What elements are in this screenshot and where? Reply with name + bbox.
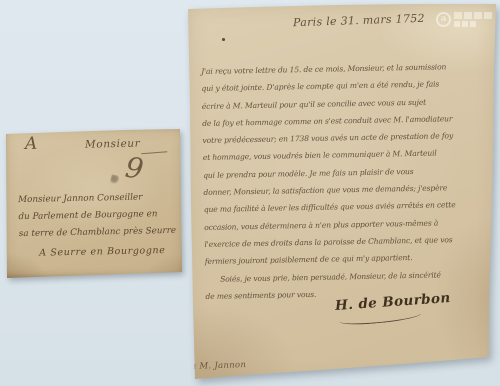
letter-paper: Paris le 31. mars 1752 J'ai reçu votre l… [185,2,499,382]
watermark-glyph-block [470,21,476,27]
letter-sheet: Paris le 31. mars 1752 J'ai reçu votre l… [185,2,499,384]
watermark-glyph-block [464,12,472,19]
envelope: A Monsieur 9 Monsieur Jannon Conseiller … [3,126,187,284]
letter-dateline: Paris le 31. mars 1752 [293,12,425,30]
watermark-glyph-block [462,21,468,27]
destination-line: A Seurre en Bourgogne [39,245,165,259]
ink-speck [222,38,225,41]
watermark: a [436,7,498,31]
watermark-glyph-block [454,12,462,19]
envelope-salutation: Monsieur [85,138,141,151]
watermark-row [454,21,492,27]
envelope-address: Monsieur Jannon Conseiller du Parlement … [18,189,176,244]
watermark-glyph-block [484,12,492,19]
watermark-logo-icon: a [436,12,451,27]
address-line: sa terre de Chamblanc près Seurre [19,223,177,243]
watermark-row [454,12,492,19]
watermark-text-blocks [454,12,492,27]
envelope-paper: A Monsieur 9 Monsieur Jannon Conseiller … [3,126,185,281]
envelope-salutation-initial: A [25,134,38,154]
docket-note: à M. Jannon [191,360,247,372]
watermark-glyph-block [454,21,460,27]
letter-body: J'ai reçu votre lettre du 15. de ce mois… [201,58,457,305]
postage-rate-mark: 9 [123,151,145,186]
postal-annotation-mark [110,174,120,185]
watermark-glyph-block [474,12,482,19]
envelope-text: A Monsieur 9 Monsieur Jannon Conseiller … [3,123,188,282]
photograph-of-documents: Paris le 31. mars 1752 J'ai reçu votre l… [0,0,500,386]
